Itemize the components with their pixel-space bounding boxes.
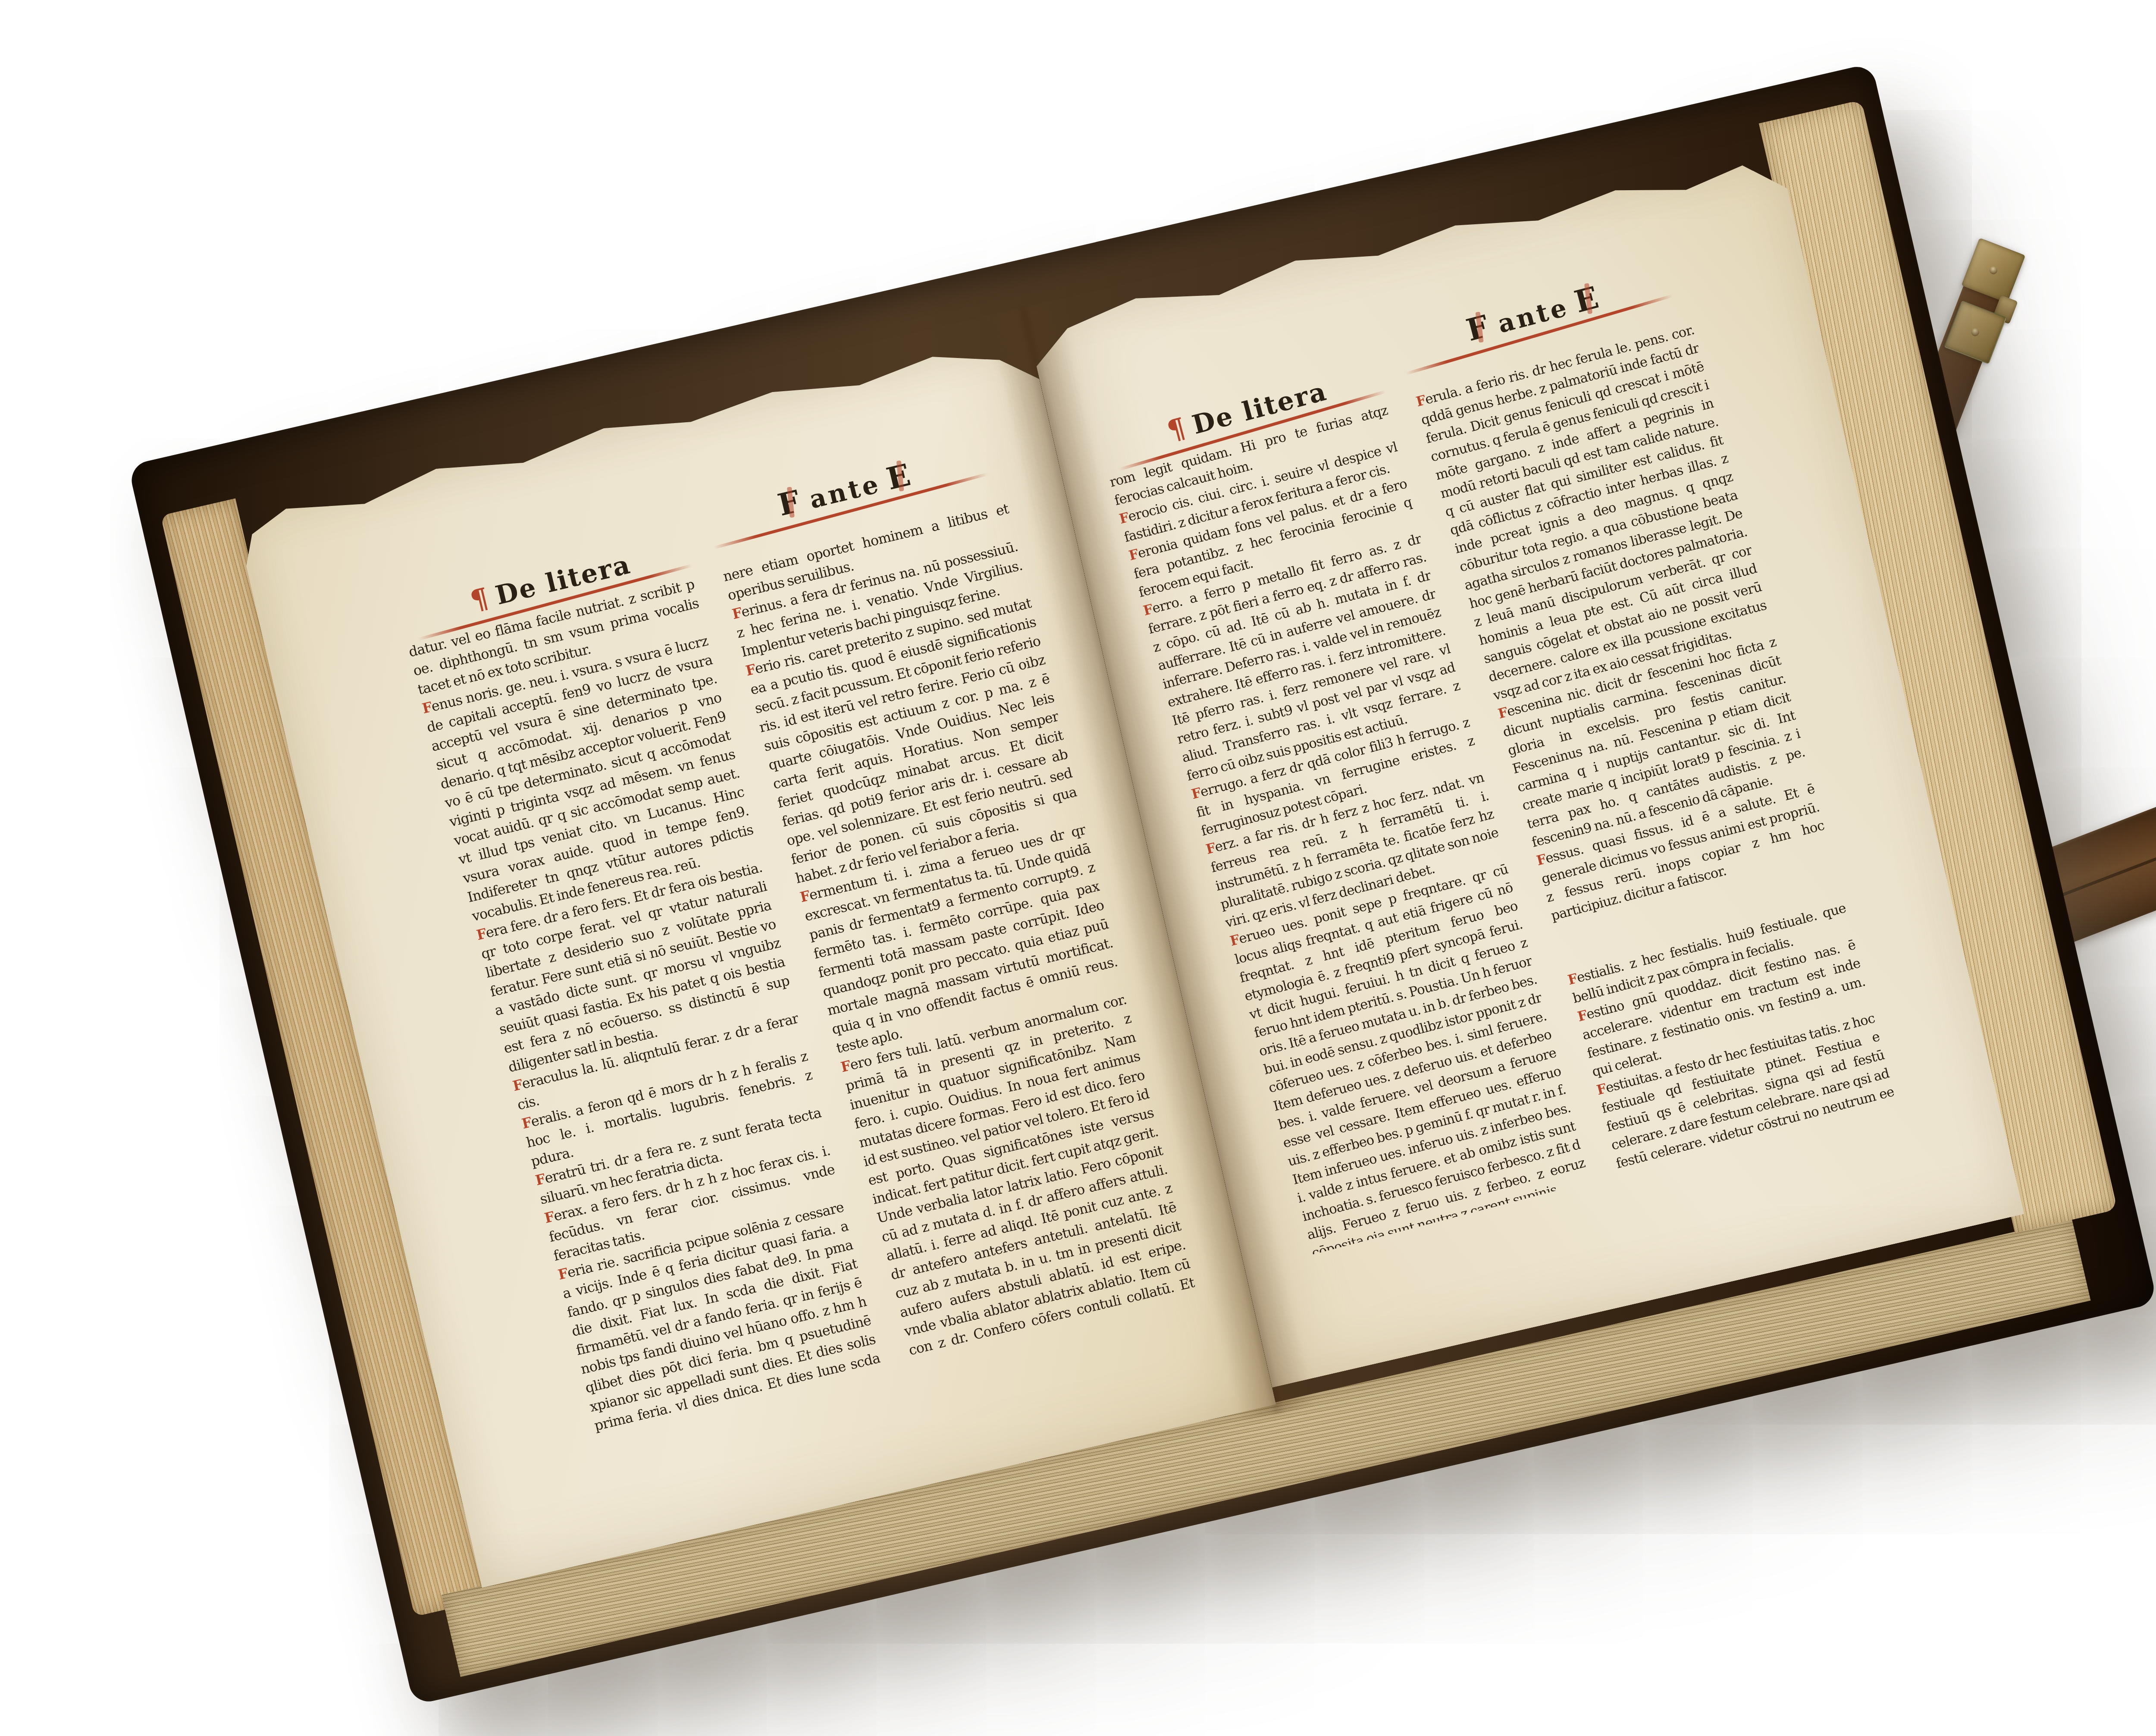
book: ¶De litera FanteE datur. vel eo flāma fa… (128, 63, 2156, 1705)
text-paragraph: Fero fers tuli. latū. verbum anormalum c… (839, 990, 1196, 1360)
pilcrow-mark: ¶ (467, 581, 493, 617)
guide-letter-f: F (767, 481, 814, 525)
text-paragraph: Ferueo ues. ponit sepe p freqntare. qr c… (1228, 860, 1590, 1254)
pilcrow-mark: ¶ (1164, 411, 1190, 447)
photo-stage: ¶De litera FanteE datur. vel eo flāma fa… (0, 0, 2156, 1736)
guide-word-ante: ante (1495, 292, 1572, 339)
guide-word-ante: ante (806, 469, 884, 514)
